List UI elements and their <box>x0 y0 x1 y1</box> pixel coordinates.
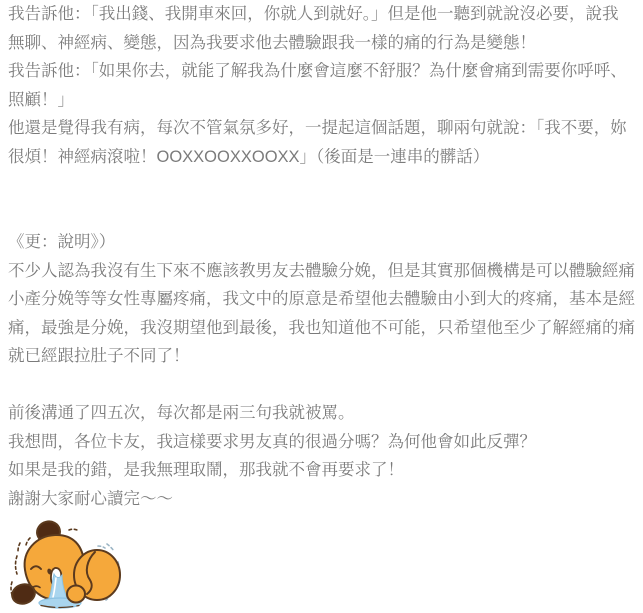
post-text-line: 就已經跟拉肚子不同了！ <box>8 342 635 371</box>
post-text-line: 如果是我的錯，是我無理取鬧，那我就不會再要求了！ <box>8 456 635 485</box>
post-text-line: 不少人認為我沒有生下來不應該教男友去體驗分娩，但是其實那個機構是可以體驗經痛 <box>8 257 635 286</box>
post-body: 我告訴他：「我出錢、我開車來回，你就人到就好。」但是他一聽到就說沒必要，說我無聊… <box>0 0 643 513</box>
post-text-line: 照顧！」 <box>8 86 635 115</box>
dog-paw-icon <box>67 586 85 603</box>
post-text-line: 我告訴他：「如果你去，就能了解我為什麼會這麼不舒服？為什麼會痛到需要你呼呼、 <box>8 57 635 86</box>
post-text-line: 《更：說明》） <box>8 228 635 257</box>
post-text-line: 很煩！神經病滾啦！OOXXOOXXOOXX」（後面是一連串的髒話） <box>8 143 635 172</box>
paragraph-gap <box>8 171 635 228</box>
crying-dog-sticker-image <box>10 518 122 610</box>
post-text-line: 我想問，各位卡友，我這樣要求男友真的很過分嗎？為何他會如此反彈？ <box>8 428 635 457</box>
post-text-line: 我告訴他：「我出錢、我開車來回，你就人到就好。」但是他一聽到就說沒必要，說我 <box>8 0 635 29</box>
post-text-line: 前後溝通了四五次，每次都是兩三句我就被罵。 <box>8 399 635 428</box>
sticker-wrap <box>10 518 122 610</box>
paragraph-gap <box>8 371 635 400</box>
post-text-line: 謝謝大家耐心讀完～～ <box>8 485 635 514</box>
post-text-line: 無聊、神經病、變態，因為我要求他去體驗跟我一樣的痛的行為是變態！ <box>8 29 635 58</box>
post-page: 我告訴他：「我出錢、我開車來回，你就人到就好。」但是他一聽到就說沒必要，說我無聊… <box>0 0 643 613</box>
post-text-line: 痛，最強是分娩，我沒期望他到最後，我也知道他不可能，只希望他至少了解經痛的痛 <box>8 314 635 343</box>
post-text-line: 小產分娩等等女性專屬疼痛，我文中的原意是希望他去體驗由小到大的疼痛，基本是經 <box>8 285 635 314</box>
post-text-line: 他還是覺得我有病，每次不管氣氛多好，一提起這個話題，聊兩句就說：「我不要，妳 <box>8 114 635 143</box>
